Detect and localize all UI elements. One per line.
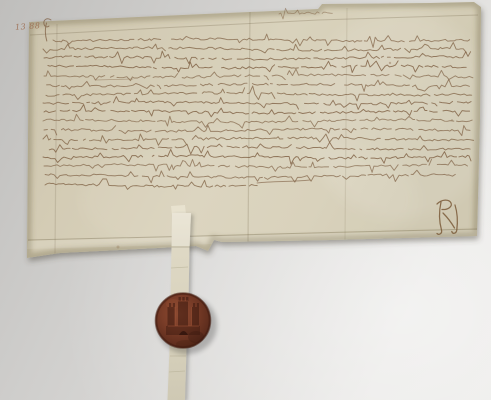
photo-background: 13 88 [0, 0, 491, 400]
archival-number: 13 88 [15, 21, 41, 32]
wax-seal [156, 293, 218, 354]
stain-spot [389, 62, 391, 64]
tag-slit-patch [172, 213, 192, 246]
seal-dark-blotch-2 [176, 340, 196, 348]
parchment-sheet [27, 2, 491, 270]
charter-photo [0, 0, 491, 400]
stain-spot [117, 246, 120, 249]
